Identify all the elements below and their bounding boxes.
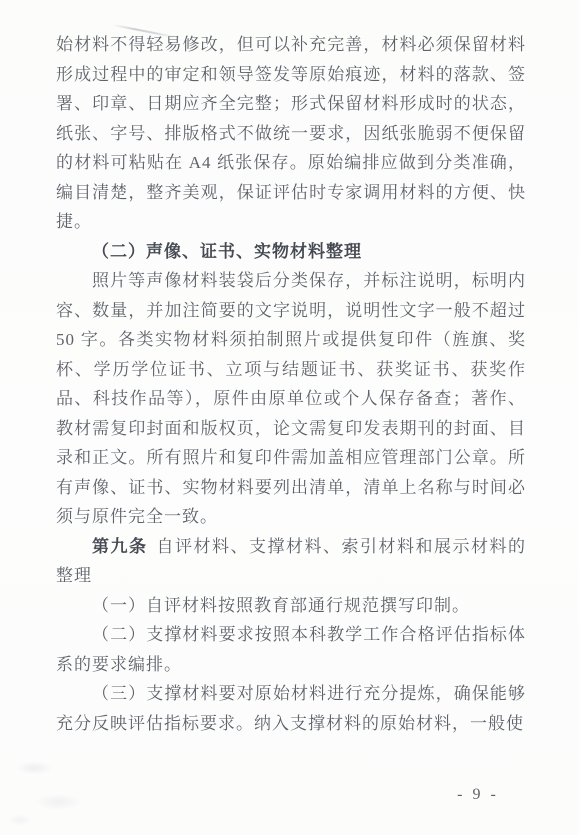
body-paragraph-photos: 照片等声像材料装袋后分类保存，并标注说明，标明内容、数量，并加注简要的文字说明，… bbox=[56, 266, 526, 532]
item-2-paragraph: （二）支撑材料要求按照本科教学工作合格评估指标体系的要求编排。 bbox=[56, 620, 526, 679]
page-number: - 9 - bbox=[446, 786, 510, 804]
section-heading-2: （二）声像、证书、实物材料整理 bbox=[56, 237, 526, 267]
continuation-paragraph: 始材料不得轻易修改，但可以补充完善，材料必须保留材料形成过程中的审定和领导签发等… bbox=[56, 30, 526, 237]
document-body: 始材料不得轻易修改，但可以补充完善，材料必须保留材料形成过程中的审定和领导签发等… bbox=[56, 30, 526, 738]
scanned-document-page: 始材料不得轻易修改，但可以补充完善，材料必须保留材料形成过程中的审定和领导签发等… bbox=[0, 0, 579, 835]
article-9-number: 第九条 bbox=[92, 537, 148, 556]
scan-artifact-smudge bbox=[0, 740, 140, 835]
item-3-paragraph: （三）支撑材料要对原始材料进行充分提炼，确保能够充分反映评估指标要求。纳入支撑材… bbox=[56, 679, 526, 738]
article-9-paragraph: 第九条自评材料、支撑材料、索引材料和展示材料的整理 bbox=[56, 532, 526, 591]
item-1-paragraph: （一）自评材料按照教育部通行规范撰写印制。 bbox=[56, 591, 526, 621]
